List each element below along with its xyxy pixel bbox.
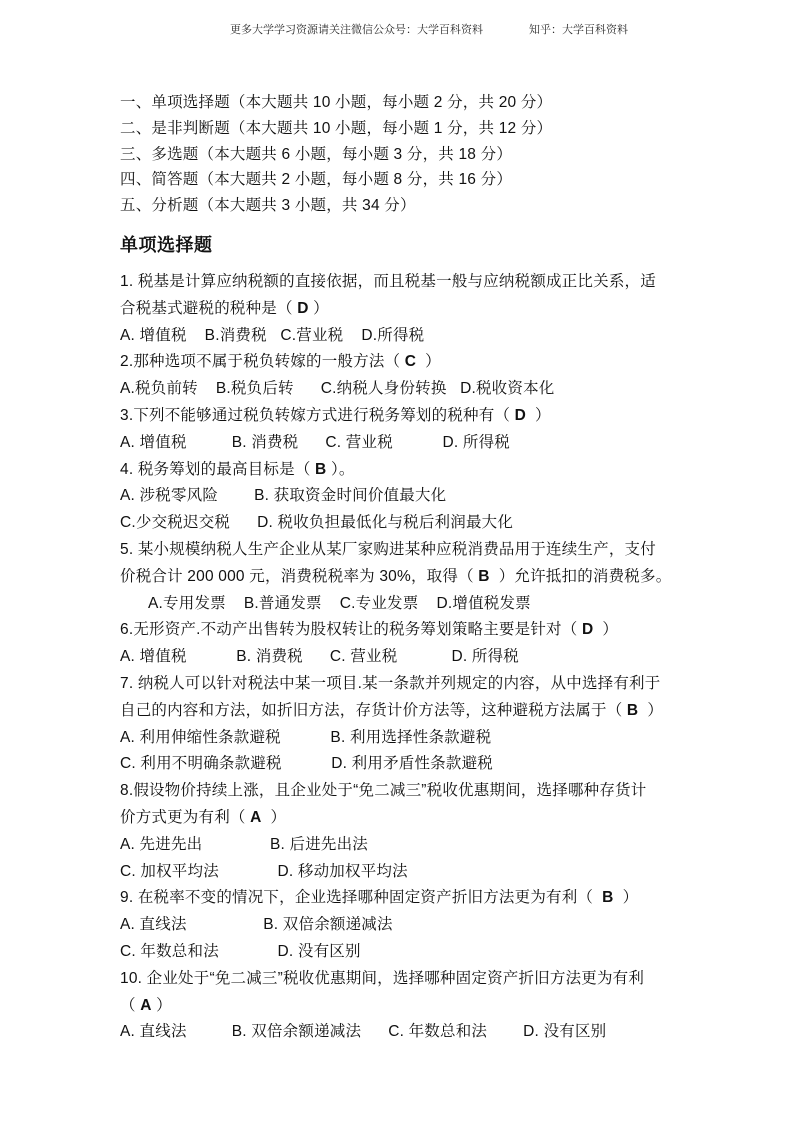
question-line: A. 增值税 B.消费税 C.营业税 D.所得税 (120, 323, 682, 350)
zhihu-source-text: 知乎：大学百科资料 (529, 21, 628, 37)
question-line: A. 直线法 B. 双倍余额递减法 (120, 912, 682, 939)
question-line: A. 涉税零风险 B. 获取资金时间价值最大化 (120, 483, 682, 510)
question-line: A. 增值税 B. 消费税 C. 营业税 D. 所得税 (120, 644, 682, 671)
question-text: 价方式更为有利（ (120, 809, 250, 826)
overview-line-4: 四、简答题（本大题共 2 小题，每小题 8 分，共 16 分） (120, 167, 682, 193)
question-text: 1. 税基是计算应纳税额的直接依据，而且税基一般与应纳税额成正比关系，适 (120, 273, 656, 290)
question-line: 2.那种选项不属于税负转嫁的一般方法（ C ） (120, 349, 682, 376)
overview-line-2: 二、是非判断题（本大题共 10 小题，每小题 1 分，共 12 分） (120, 116, 682, 142)
answer-letter: B (602, 889, 613, 906)
question-line: A.税负前转 B.税负后转 C.纳税人身份转换 D.税收资本化 (120, 376, 682, 403)
question-text: 3.下列不能够通过税负转嫁方式进行税务筹划的税种有（ (120, 407, 515, 424)
question-text: ） (262, 809, 287, 826)
question-8: 8.假设物价持续上涨，且企业处于“免二减三”税收优惠期间，选择哪种存货计价方式更… (120, 778, 682, 885)
question-text: ） (614, 889, 639, 906)
question-text: （ (120, 997, 140, 1014)
question-line: A. 直线法 B. 双倍余额递减法 C. 年数总和法 D. 没有区别 (120, 1019, 682, 1046)
question-line: C. 年数总和法 D. 没有区别 (120, 939, 682, 966)
question-line: 价方式更为有利（ A ） (120, 805, 682, 832)
question-line: C. 利用不明确条款避税 D. 利用矛盾性条款避税 (120, 751, 682, 778)
question-text: A. 先进先出 B. 后进先出法 (120, 836, 368, 853)
question-9: 9. 在税率不变的情况下，企业选择哪种固定资产折旧方法更为有利（ B ）A. 直… (120, 885, 682, 965)
question-text: C.少交税迟交税 D. 税收负担最低化与税后利润最大化 (120, 514, 513, 531)
question-text: ） (416, 353, 441, 370)
question-text: A. 增值税 B. 消费税 C. 营业税 D. 所得税 (120, 434, 510, 451)
section-title: 单项选择题 (120, 231, 682, 257)
question-text: C. 加权平均法 D. 移动加权平均法 (120, 863, 408, 880)
question-text: 4. 税务筹划的最高目标是（ (120, 461, 315, 478)
question-line: 合税基式避税的税种是（ D ） (120, 296, 682, 323)
question-line: C. 加权平均法 D. 移动加权平均法 (120, 859, 682, 886)
wechat-source-text: 更多大学学习资源请关注微信公众号：大学百科资料 (230, 21, 483, 37)
question-text: ） (309, 300, 329, 317)
question-text: ） (526, 407, 551, 424)
answer-letter: B (478, 568, 489, 585)
question-4: 4. 税务筹划的最高目标是（ B ）。A. 涉税零风险 B. 获取资金时间价值最… (120, 457, 682, 537)
question-1: 1. 税基是计算应纳税额的直接依据，而且税基一般与应纳税额成正比关系，适合税基式… (120, 269, 682, 349)
document-content: 一、单项选择题（本大题共 10 小题，每小题 2 分，共 20 分） 二、是非判… (120, 90, 682, 1046)
question-text: 合税基式避税的税种是（ (120, 300, 297, 317)
question-line: （ A ） (120, 993, 682, 1020)
questions: 1. 税基是计算应纳税额的直接依据，而且税基一般与应纳税额成正比关系，适合税基式… (120, 269, 682, 1046)
question-text: 10. 企业处于“免二减三”税收优惠期间，选择哪种固定资产折旧方法更为有利 (120, 970, 644, 987)
question-line: 3.下列不能够通过税负转嫁方式进行税务筹划的税种有（ D ） (120, 403, 682, 430)
question-line: A. 增值税 B. 消费税 C. 营业税 D. 所得税 (120, 430, 682, 457)
question-text: ） (593, 621, 618, 638)
question-line: 10. 企业处于“免二减三”税收优惠期间，选择哪种固定资产折旧方法更为有利 (120, 966, 682, 993)
question-line: A. 先进先出 B. 后进先出法 (120, 832, 682, 859)
question-text: A. 直线法 B. 双倍余额递减法 C. 年数总和法 D. 没有区别 (120, 1023, 606, 1040)
overview-line-5: 五、分析题（本大题共 3 小题，共 34 分） (120, 193, 682, 219)
question-text: 自己的内容和方法，如折旧方法，存货计价方法等，这种避税方法属于（ (120, 702, 627, 719)
question-line: 6.无形资产.不动产出售转为股权转让的税务筹划策略主要是针对（ D ） (120, 617, 682, 644)
answer-letter: C (405, 353, 416, 370)
question-text: ）。 (326, 461, 354, 478)
overview-line-3: 三、多选题（本大题共 6 小题，每小题 3 分，共 18 分） (120, 142, 682, 168)
answer-letter: A (140, 997, 151, 1014)
exam-overview: 一、单项选择题（本大题共 10 小题，每小题 2 分，共 20 分） 二、是非判… (120, 90, 682, 219)
question-text: A.专用发票 B.普通发票 C.专业发票 D.增值税发票 (148, 595, 531, 612)
answer-letter: D (515, 407, 526, 424)
question-text: ） (638, 702, 663, 719)
question-line: C.少交税迟交税 D. 税收负担最低化与税后利润最大化 (120, 510, 682, 537)
question-line: 价税合计 200 000 元，消费税税率为 30%，取得（ B ）允许抵扣的消费… (120, 564, 682, 591)
question-10: 10. 企业处于“免二减三”税收优惠期间，选择哪种固定资产折旧方法更为有利（ A… (120, 966, 682, 1046)
answer-letter: B (315, 461, 326, 478)
question-text: C. 年数总和法 D. 没有区别 (120, 943, 361, 960)
question-text: A. 利用伸缩性条款避税 B. 利用选择性条款避税 (120, 729, 491, 746)
question-2: 2.那种选项不属于税负转嫁的一般方法（ C ）A.税负前转 B.税负后转 C.纳… (120, 349, 682, 403)
question-text: 9. 在税率不变的情况下，企业选择哪种固定资产折旧方法更为有利（ (120, 889, 602, 906)
answer-letter: D (297, 300, 308, 317)
question-text: A. 涉税零风险 B. 获取资金时间价值最大化 (120, 487, 446, 504)
document-header-notice: 更多大学学习资源请关注微信公众号：大学百科资料 知乎：大学百科资料 (230, 21, 628, 37)
question-line: 4. 税务筹划的最高目标是（ B ）。 (120, 457, 682, 484)
question-6: 6.无形资产.不动产出售转为股权转让的税务筹划策略主要是针对（ D ）A. 增值… (120, 617, 682, 671)
question-5: 5. 某小规模纳税人生产企业从某厂家购进某种应税消费品用于连续生产，支付价税合计… (120, 537, 682, 617)
overview-line-1: 一、单项选择题（本大题共 10 小题，每小题 2 分，共 20 分） (120, 90, 682, 116)
question-text: A. 增值税 B.消费税 C.营业税 D.所得税 (120, 327, 424, 344)
question-text: A.税负前转 B.税负后转 C.纳税人身份转换 D.税收资本化 (120, 380, 554, 397)
question-3: 3.下列不能够通过税负转嫁方式进行税务筹划的税种有（ D ）A. 增值税 B. … (120, 403, 682, 457)
question-text: 6.无形资产.不动产出售转为股权转让的税务筹划策略主要是针对（ (120, 621, 582, 638)
question-line: 7. 纳税人可以针对税法中某一项目.某一条款并列规定的内容，从中选择有利于 (120, 671, 682, 698)
question-text: 8.假设物价持续上涨，且企业处于“免二减三”税收优惠期间，选择哪种存货计 (120, 782, 646, 799)
question-line: 自己的内容和方法，如折旧方法，存货计价方法等，这种避税方法属于（ B ） (120, 698, 682, 725)
question-text: A. 增值税 B. 消费税 C. 营业税 D. 所得税 (120, 648, 519, 665)
question-text: 2.那种选项不属于税负转嫁的一般方法（ (120, 353, 405, 370)
answer-letter: D (582, 621, 593, 638)
question-text: ） (152, 997, 172, 1014)
question-line: A. 利用伸缩性条款避税 B. 利用选择性条款避税 (120, 725, 682, 752)
question-text: C. 利用不明确条款避税 D. 利用矛盾性条款避税 (120, 755, 493, 772)
question-text: ）允许抵扣的消费税多。 (490, 568, 672, 585)
answer-letter: B (627, 702, 638, 719)
question-text: 5. 某小规模纳税人生产企业从某厂家购进某种应税消费品用于连续生产，支付 (120, 541, 656, 558)
question-line: 8.假设物价持续上涨，且企业处于“免二减三”税收优惠期间，选择哪种存货计 (120, 778, 682, 805)
question-line: 5. 某小规模纳税人生产企业从某厂家购进某种应税消费品用于连续生产，支付 (120, 537, 682, 564)
question-text: A. 直线法 B. 双倍余额递减法 (120, 916, 393, 933)
question-line: 1. 税基是计算应纳税额的直接依据，而且税基一般与应纳税额成正比关系，适 (120, 269, 682, 296)
answer-letter: A (250, 809, 261, 826)
question-line: 9. 在税率不变的情况下，企业选择哪种固定资产折旧方法更为有利（ B ） (120, 885, 682, 912)
question-text: 7. 纳税人可以针对税法中某一项目.某一条款并列规定的内容，从中选择有利于 (120, 675, 660, 692)
question-7: 7. 纳税人可以针对税法中某一项目.某一条款并列规定的内容，从中选择有利于自己的… (120, 671, 682, 778)
exam-document-page: 更多大学学习资源请关注微信公众号：大学百科资料 知乎：大学百科资料 一、单项选择… (0, 0, 793, 1122)
question-text: 价税合计 200 000 元，消费税税率为 30%，取得（ (120, 568, 478, 585)
question-line: A.专用发票 B.普通发票 C.专业发票 D.增值税发票 (120, 591, 682, 618)
